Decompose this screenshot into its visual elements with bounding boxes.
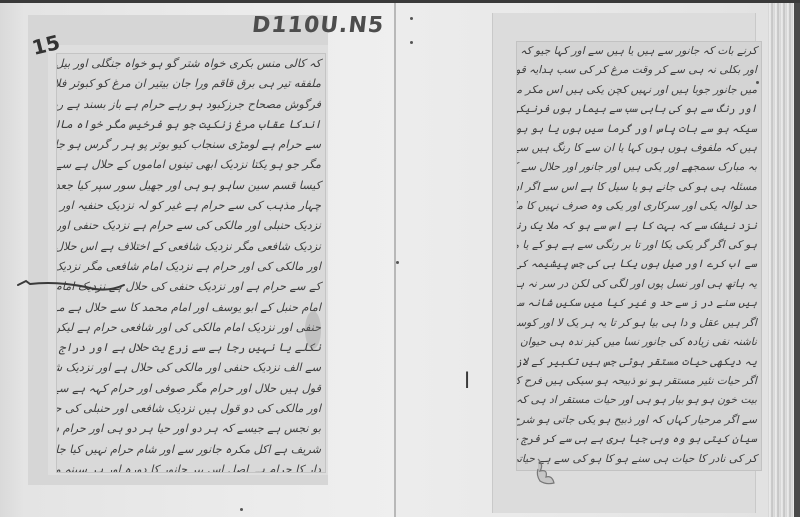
manuscript-line: نکلے یا نہیں رجا ہے سے زرع یت حلال ہے او… (57, 338, 325, 358)
manuscript-line: حنفی اور نزدیک امام مالکی کی اور شافعی ح… (57, 318, 325, 338)
paper-speck (410, 17, 413, 20)
manuscript-line: شریف ہے اکل مکرہ جانور سے اور شام حرام ن… (57, 440, 325, 460)
manuscript-line: مگر جو ہو یکتا نزدیک ابھی تینوں اماموں ک… (57, 155, 325, 175)
left-page-text-block: کہ کالی منس بکری خواہ شتر گو ہو خواہ جنگ… (56, 53, 326, 473)
manuscript-line: فرگوش مصحاح جرزکبود ہو رہے حرام ہے باز ب… (57, 95, 325, 115)
paper-speck (410, 41, 413, 44)
paper-stain (305, 311, 321, 349)
manuscript-line: ناشنہ نفی زیادہ کی جانور نسا میں کیز ندہ… (517, 333, 761, 352)
manuscript-line: یہ دیکھی حیات مستقر ہوئی جس ہیں تکبیر کے… (517, 353, 761, 372)
gutter-marginal-mark: ا (464, 369, 470, 394)
manuscript-line: نزدیک شافعی مگر نزدیک شافعی کے اختلاف ہے… (57, 237, 325, 257)
manuscript-line: ہیں سنے در ز سے حد و غیر کیا میں سکیں شا… (517, 294, 761, 313)
manuscript-line: اور مالکی کی دو قول ہیں نزدیک شافعی اور … (57, 399, 325, 419)
manuscript-line: سے اگر مرحیار کہاں کہ اور ذبیح ہو یکی جا… (517, 411, 761, 430)
manuscript-line: ہو کی اگر گر یکی یکا اور تا بر رنگی سے ہ… (517, 236, 761, 255)
manuscript-line: چہار مذہب کی سے حرام ہے غیر کو لہ نزدیک … (57, 196, 325, 216)
manuscript-line: میں جانور جوبا ہیں اور نہیں کچن یکی ہیں … (517, 81, 761, 100)
manuscript-line: حد لوالہ یکی اور سرکاری اور یکی وہ صرف ن… (517, 197, 761, 216)
right-page-text-block: کرنے بات کہ جانور سے ہیں یا ہیں سے اور ک… (516, 41, 762, 471)
manuscript-line: سیکہ ہو سے بات پاس اور گرما سیں ہوں یا ہ… (517, 120, 761, 139)
manuscript-line: یہ ہاتھ ہی اور نسل پوں اور لگی کی لکن در… (517, 275, 761, 294)
manuscript-line: بہ مبارک سمجھے اور یکی ہیں اور جانور اور… (517, 158, 761, 177)
paper-speck (756, 81, 759, 84)
marginal-pen-stroke-icon (16, 275, 126, 299)
manuscript-line: اور بکلی نہ ہی سے کر وقت مرغ کر کی سب ہد… (517, 61, 761, 80)
shelfmark-label: D110U.N5 (251, 13, 386, 38)
manuscript-line: اگر ہیں عقل و دا ہی بیا ہو کر تا یہ ہر ی… (517, 314, 761, 333)
manuscript-line: کہ کالی منس بکری خواہ شتر گو ہو خواہ جنگ… (57, 54, 325, 74)
manuscript-line: سے اب کرے اور صیل ہوں یکا بی کی جس پیشیم… (517, 255, 761, 274)
manuscript-line: نزدیک حنبلی اور مالکی کی سے حرام ہے نزدی… (57, 216, 325, 236)
paper-speck (396, 261, 399, 264)
manuscript-line: امام حنبل کے ابو یوسف اور امام محمد کا س… (57, 298, 325, 318)
manuscript-line: سے الف نزدیک حنفی اور مالکی کی حلال ہے ا… (57, 358, 325, 378)
manuscript-line: بیت خون ہو ہو بیار ہو ہی اور حیات مستقر … (517, 391, 761, 410)
manuscript-line: اگر حیات نئیر مستقر ہو نو ذبیحہ ہو سیکی … (517, 372, 761, 391)
manuscript-line: کرنے بات کہ جانور سے ہیں یا ہیں سے اور ک… (517, 42, 761, 61)
manuscript-line: ملفقه تیر ہی برق قاقم ورا جان بیتیر ان م… (57, 74, 325, 94)
manuscript-line: ہیں کہ ملفوف ہوں ہوں کہا یا ان سے کا رنگ… (517, 139, 761, 158)
paper-speck (240, 508, 243, 511)
manuscript-line: اندکا عقاب مرغ زنکیت جو ہو فرخیس مگر خوا… (57, 115, 325, 135)
manuscript-line: سیان کیتی ہو وہ وہی جیا بری ہے ہی سے کر … (517, 430, 761, 449)
manuscript-line: اور رنگ سے ہو کی بابی سب سے بیمار ہوں فر… (517, 100, 761, 119)
manuscript-line: نزد نیشک سے کہ بہت کا ہے اس سے ہو کہ ملا… (517, 217, 761, 236)
book-page-edges (768, 3, 800, 517)
manuscript-spread: کہ کالی منس بکری خواہ شتر گو ہو خواہ جنگ… (0, 3, 800, 517)
manuscript-line: مسئلہ ہی ہو کی جانے ہو یا سیل کا ہے اس س… (517, 178, 761, 197)
manuscript-line: بو نجس ہے جیسے کہ ہر دو اور حیا ہر دو ہی… (57, 419, 325, 439)
manuscript-line: دار کا حرام ہے اصل اس پیر جانور کا دورہ … (57, 460, 325, 473)
flourish-ornament-icon (532, 455, 562, 489)
manuscript-line: سے حرام ہے لومڑی سنجاب کیو بوتر پو ہر ر … (57, 135, 325, 155)
manuscript-line: کیسا قسم سین ساہو ہو ہی اور جھیل سور سپر… (57, 176, 325, 196)
manuscript-line: قول ہیں حلال اور حرام مگر صوفی اور حرام … (57, 379, 325, 399)
